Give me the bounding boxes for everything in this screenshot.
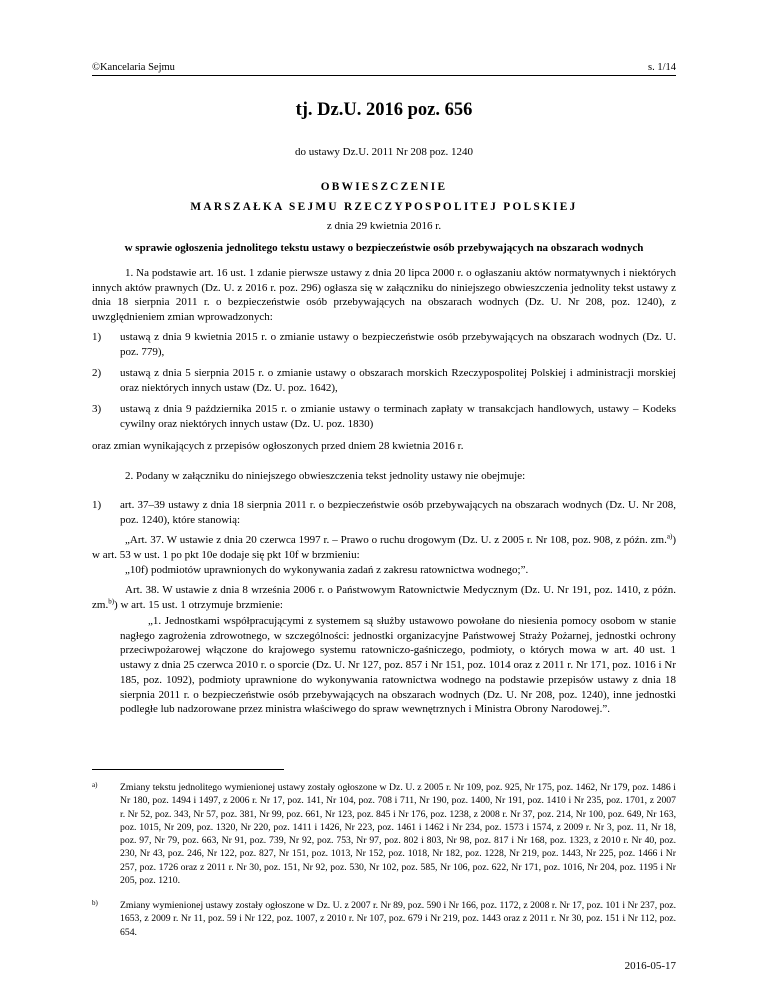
announcement-heading: OBWIESZCZENIE — [0, 181, 768, 193]
footnote-text: Zmiany tekstu jednolitego wymienionej us… — [120, 781, 676, 887]
announcement-date: z dnia 29 kwietnia 2016 r. — [0, 220, 768, 232]
page-number: s. 1/14 — [648, 62, 676, 74]
item-number: 3) — [92, 402, 101, 417]
art38-quoted-text: „1. Jednostkami współpracującymi z syste… — [120, 614, 676, 717]
item-number: 2) — [92, 366, 101, 381]
footnote-b: b) Zmiany wymienionej ustawy zostały ogł… — [92, 899, 676, 939]
document-title: tj. Dz.U. 2016 poz. 656 — [0, 100, 768, 121]
footnote-a: a) Zmiany tekstu jednolitego wymienionej… — [92, 781, 676, 887]
art38-paragraph: Art. 38. W ustawie z dnia 8 września 200… — [92, 583, 676, 612]
section1-intro: 1. Na podstawie art. 16 ust. 1 zdanie pi… — [92, 266, 676, 325]
footer-date: 2016-05-17 — [625, 960, 676, 972]
publisher-label: ©Kancelaria Sejmu — [92, 62, 175, 74]
section2-item-1: 1) art. 37–39 ustawy z dnia 18 sierpnia … — [92, 498, 676, 527]
section1-item-3: 3) ustawą z dnia 9 października 2015 r. … — [92, 402, 676, 431]
section1-closing: oraz zmian wynikających z przepisów ogło… — [92, 439, 676, 454]
item-number: 1) — [92, 498, 101, 513]
footnote-divider — [92, 769, 284, 770]
section2-intro: 2. Podany w załączniku do niniejszego ob… — [92, 469, 676, 484]
footnote-text: Zmiany wymienionej ustawy zostały ogłosz… — [120, 899, 676, 939]
item-text: ustawą z dnia 9 października 2015 r. o z… — [120, 402, 676, 431]
footnote-mark: b) — [92, 897, 98, 910]
footnote-mark: a) — [92, 779, 97, 792]
art38-text-cont: ) w art. 15 ust. 1 otrzymuje brzmienie: — [114, 599, 283, 611]
document-subtitle: do ustawy Dz.U. 2011 Nr 208 poz. 1240 — [0, 146, 768, 158]
item-number: 1) — [92, 330, 101, 345]
announcement-subject: w sprawie ogłoszenia jednolitego tekstu … — [0, 242, 768, 254]
document-page: ©Kancelaria Sejmu s. 1/14 tj. Dz.U. 2016… — [0, 0, 768, 994]
item-text: art. 37–39 ustawy z dnia 18 sierpnia 201… — [120, 498, 676, 527]
section1-item-1: 1) ustawą z dnia 9 kwietnia 2015 r. o zm… — [92, 330, 676, 359]
art37-paragraph: „Art. 37. W ustawie z dnia 20 czerwca 19… — [92, 533, 676, 562]
item-text: ustawą z dnia 9 kwietnia 2015 r. o zmian… — [120, 330, 676, 359]
announcement-issuer: MARSZAŁKA SEJMU RZECZYPOSPOLITEJ POLSKIE… — [0, 201, 768, 213]
item-text: ustawą z dnia 5 sierpnia 2015 r. o zmian… — [120, 366, 676, 395]
page-header: ©Kancelaria Sejmu s. 1/14 — [92, 62, 676, 76]
section1-item-2: 2) ustawą z dnia 5 sierpnia 2015 r. o zm… — [92, 366, 676, 395]
art37-text: „Art. 37. W ustawie z dnia 20 czerwca 19… — [125, 534, 667, 546]
art37-quoted-point: „10f) podmiotów uprawnionych do wykonywa… — [92, 563, 676, 578]
